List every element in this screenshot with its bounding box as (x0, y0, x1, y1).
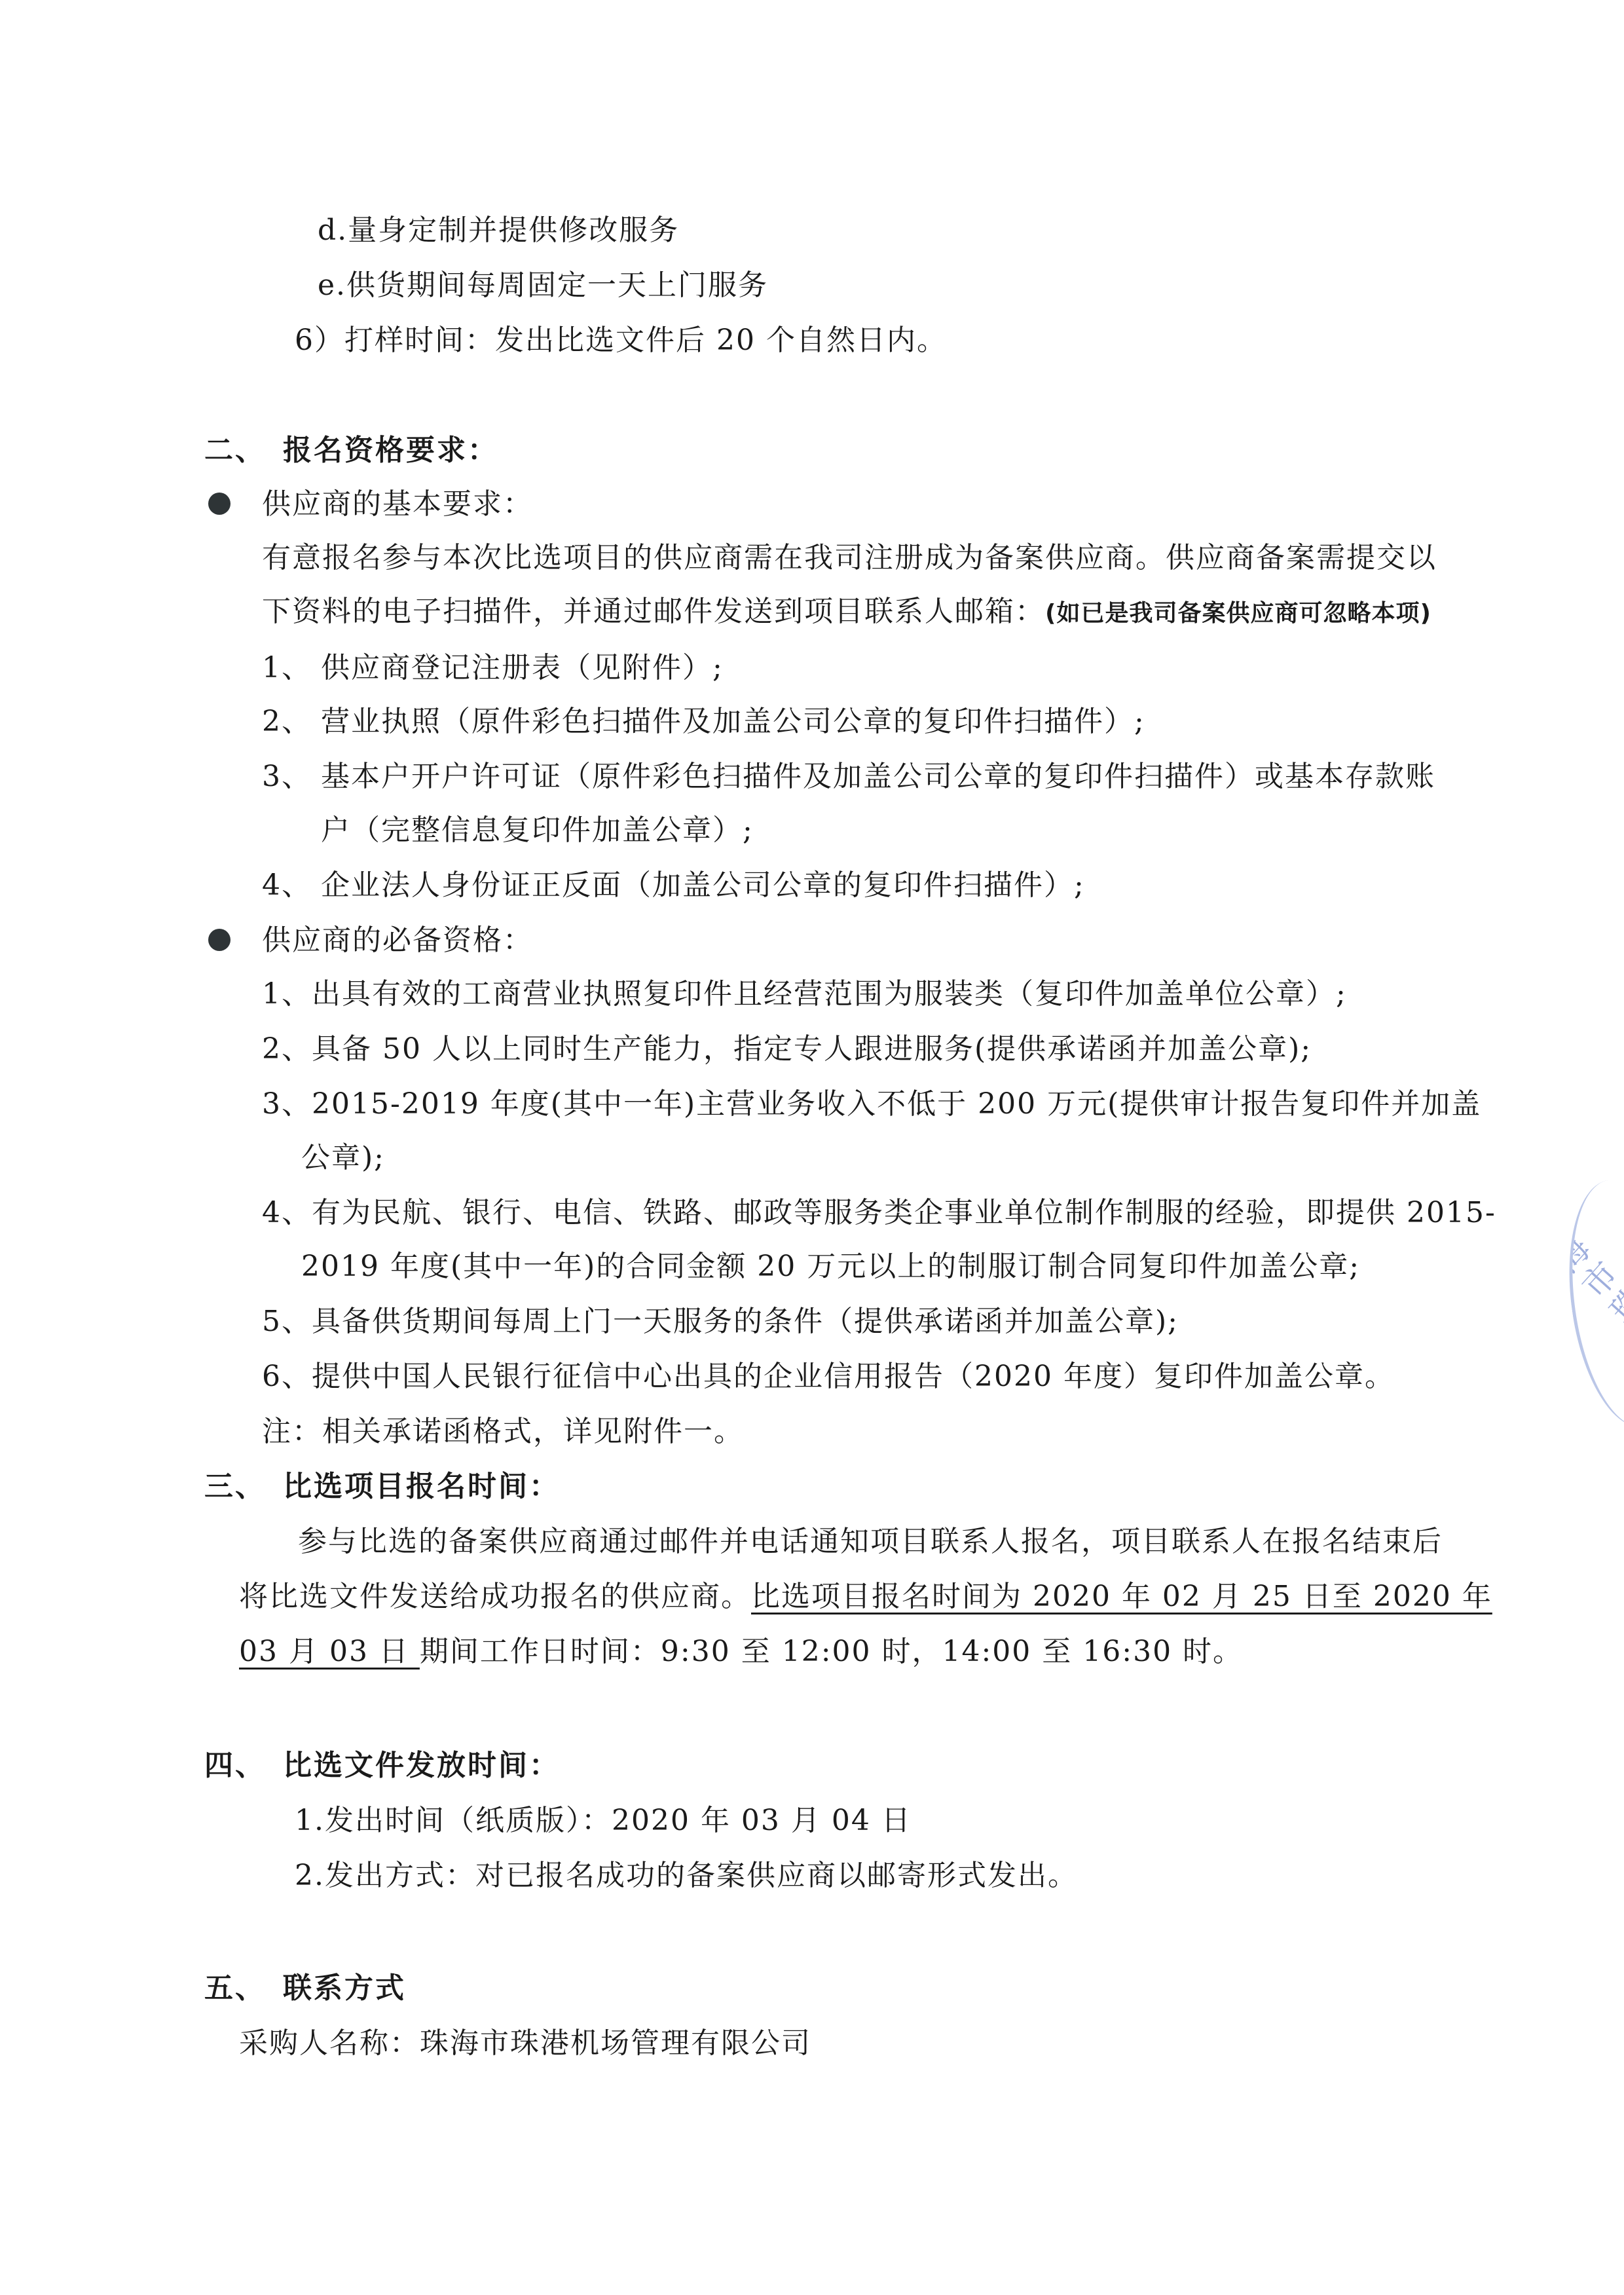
section-4-number: 四、 (204, 1746, 283, 1785)
required-item-6: 6、提供中国人民银行征信中心出具的企业信用报告（2020 年度）复印件加盖公章。 (262, 1357, 1395, 1396)
required-item-3: 3、2015-2019 年度(其中一年)主营业务收入不低于 200 万元(提供审… (262, 1085, 1481, 1124)
purchaser-line: 采购人名称：珠海市珠港机场管理有限公司 (239, 2024, 811, 2063)
basic-item-3-continued: 户（完整信息复印件加盖公章）; (321, 811, 754, 850)
sample-item-d: d.量身定制并提供修改服务 (318, 211, 679, 250)
section-5-heading: 五、联系方式 (204, 1969, 406, 2008)
purchaser-label: 采购人名称： (239, 2026, 420, 2060)
item-text: 营业执照（原件彩色扫描件及加盖公司公章的复印件扫描件）; (321, 705, 1145, 738)
basic-intro-line-1: 有意报名参与本次比选项目的供应商需在我司注册成为备案供应商。供应商备案需提交以 (262, 538, 1437, 578)
section-5-title: 联系方式 (283, 1971, 406, 2005)
official-seal-stamp: 海市珠港 (1555, 1172, 1624, 1434)
issue-method: 2.发出方式：对已报名成功的备案供应商以邮寄形式发出。 (295, 1856, 1078, 1895)
section-3-number: 三、 (204, 1467, 283, 1506)
basic-requirements-heading: 供应商的基本要求： (262, 485, 533, 524)
working-hours: 期间工作日时间：9:30 至 12:00 时，14:00 至 16:30 时。 (420, 1635, 1243, 1668)
item-number: 2、 (262, 702, 321, 741)
section-3-paragraph-line-3: 03 月 03 日 期间工作日时间：9:30 至 12:00 时，14:00 至… (239, 1632, 1243, 1671)
required-item-2: 2、具备 50 人以上同时生产能力，指定专人跟进服务(提供承诺函并加盖公章); (262, 1030, 1312, 1069)
section-3-paragraph-line-2: 将比选文件发送给成功报名的供应商。比选项目报名时间为 2020 年 02 月 2… (239, 1577, 1492, 1616)
basic-item-2: 2、营业执照（原件彩色扫描件及加盖公司公章的复印件扫描件）; (262, 702, 1145, 741)
basic-intro-note: (如已是我司备案供应商可忽略本项) (1045, 600, 1431, 627)
required-item-4-continued: 2019 年度(其中一年)的合同金额 20 万元以上的制服订制合同复印件加盖公章… (301, 1247, 1360, 1286)
sample-item-6: 6）打样时间：发出比选文件后 20 个自然日内。 (295, 321, 947, 360)
section-2-title: 报名资格要求： (283, 434, 498, 467)
section-4-heading: 四、比选文件发放时间： (204, 1746, 560, 1785)
required-item-4: 4、有为民航、银行、电信、铁路、邮政等服务类企事业单位制作制服的经验，即提供 2… (262, 1193, 1496, 1233)
basic-intro-text: 下资料的电子扫描件，并通过邮件发送到项目联系人邮箱： (262, 595, 1045, 628)
purchaser-name: 珠海市珠港机场管理有限公司 (420, 2026, 811, 2060)
required-item-3-continued: 公章); (301, 1138, 385, 1178)
section-4-title: 比选文件发放时间： (283, 1749, 560, 1782)
required-qualifications-heading: 供应商的必备资格： (262, 921, 533, 960)
item-number: 1、 (262, 648, 321, 688)
basic-intro-line-2: 下资料的电子扫描件，并通过邮件发送到项目联系人邮箱：(如已是我司备案供应商可忽略… (262, 592, 1431, 633)
item-text: 供应商登记注册表（见附件）; (321, 651, 724, 684)
registration-period: 比选项目报名时间为 2020 年 02 月 25 日至 2020 年 (751, 1580, 1492, 1613)
required-item-1: 1、出具有效的工商营业执照复印件且经营范围为服装类（复印件加盖单位公章）; (262, 975, 1347, 1014)
stamp-text: 海市珠港 (1555, 1228, 1624, 1364)
required-item-5: 5、具备供货期间每周上门一天服务的条件（提供承诺函并加盖公章); (262, 1302, 1179, 1341)
required-note: 注：相关承诺函格式，详见附件一。 (262, 1412, 744, 1451)
bullet-icon (208, 493, 231, 515)
sample-item-e: e.供货期间每周固定一天上门服务 (318, 266, 768, 305)
bullet-icon (208, 929, 231, 951)
registration-period-end: 03 月 03 日 (239, 1635, 420, 1668)
section-3-heading: 三、比选项目报名时间： (204, 1467, 560, 1506)
item-number: 4、 (262, 866, 321, 905)
item-number: 3、 (262, 757, 321, 796)
basic-item-1: 1、供应商登记注册表（见附件）; (262, 648, 724, 688)
document-page: d.量身定制并提供修改服务 e.供货期间每周固定一天上门服务 6）打样时间：发出… (0, 0, 1624, 2295)
item-text: 基本户开户许可证（原件彩色扫描件及加盖公司公章的复印件扫描件）或基本存款账 (321, 760, 1435, 793)
section-2-number: 二、 (204, 431, 283, 470)
issue-time: 1.发出时间（纸质版）：2020 年 03 月 04 日 (295, 1801, 912, 1840)
basic-item-4: 4、企业法人身份证正反面（加盖公司公章的复印件扫描件）; (262, 866, 1085, 905)
item-text: 企业法人身份证正反面（加盖公司公章的复印件扫描件）; (321, 868, 1085, 902)
section-3-paragraph-line-1: 参与比选的备案供应商通过邮件并电话通知项目联系人报名，项目联系人在报名结束后 (298, 1522, 1443, 1561)
section-3-plain-text: 将比选文件发送给成功报名的供应商。 (239, 1580, 751, 1613)
basic-item-3: 3、基本户开户许可证（原件彩色扫描件及加盖公司公章的复印件扫描件）或基本存款账 (262, 757, 1435, 796)
section-3-title: 比选项目报名时间： (283, 1470, 560, 1503)
section-2-heading: 二、报名资格要求： (204, 431, 498, 470)
section-5-number: 五、 (204, 1969, 283, 2008)
